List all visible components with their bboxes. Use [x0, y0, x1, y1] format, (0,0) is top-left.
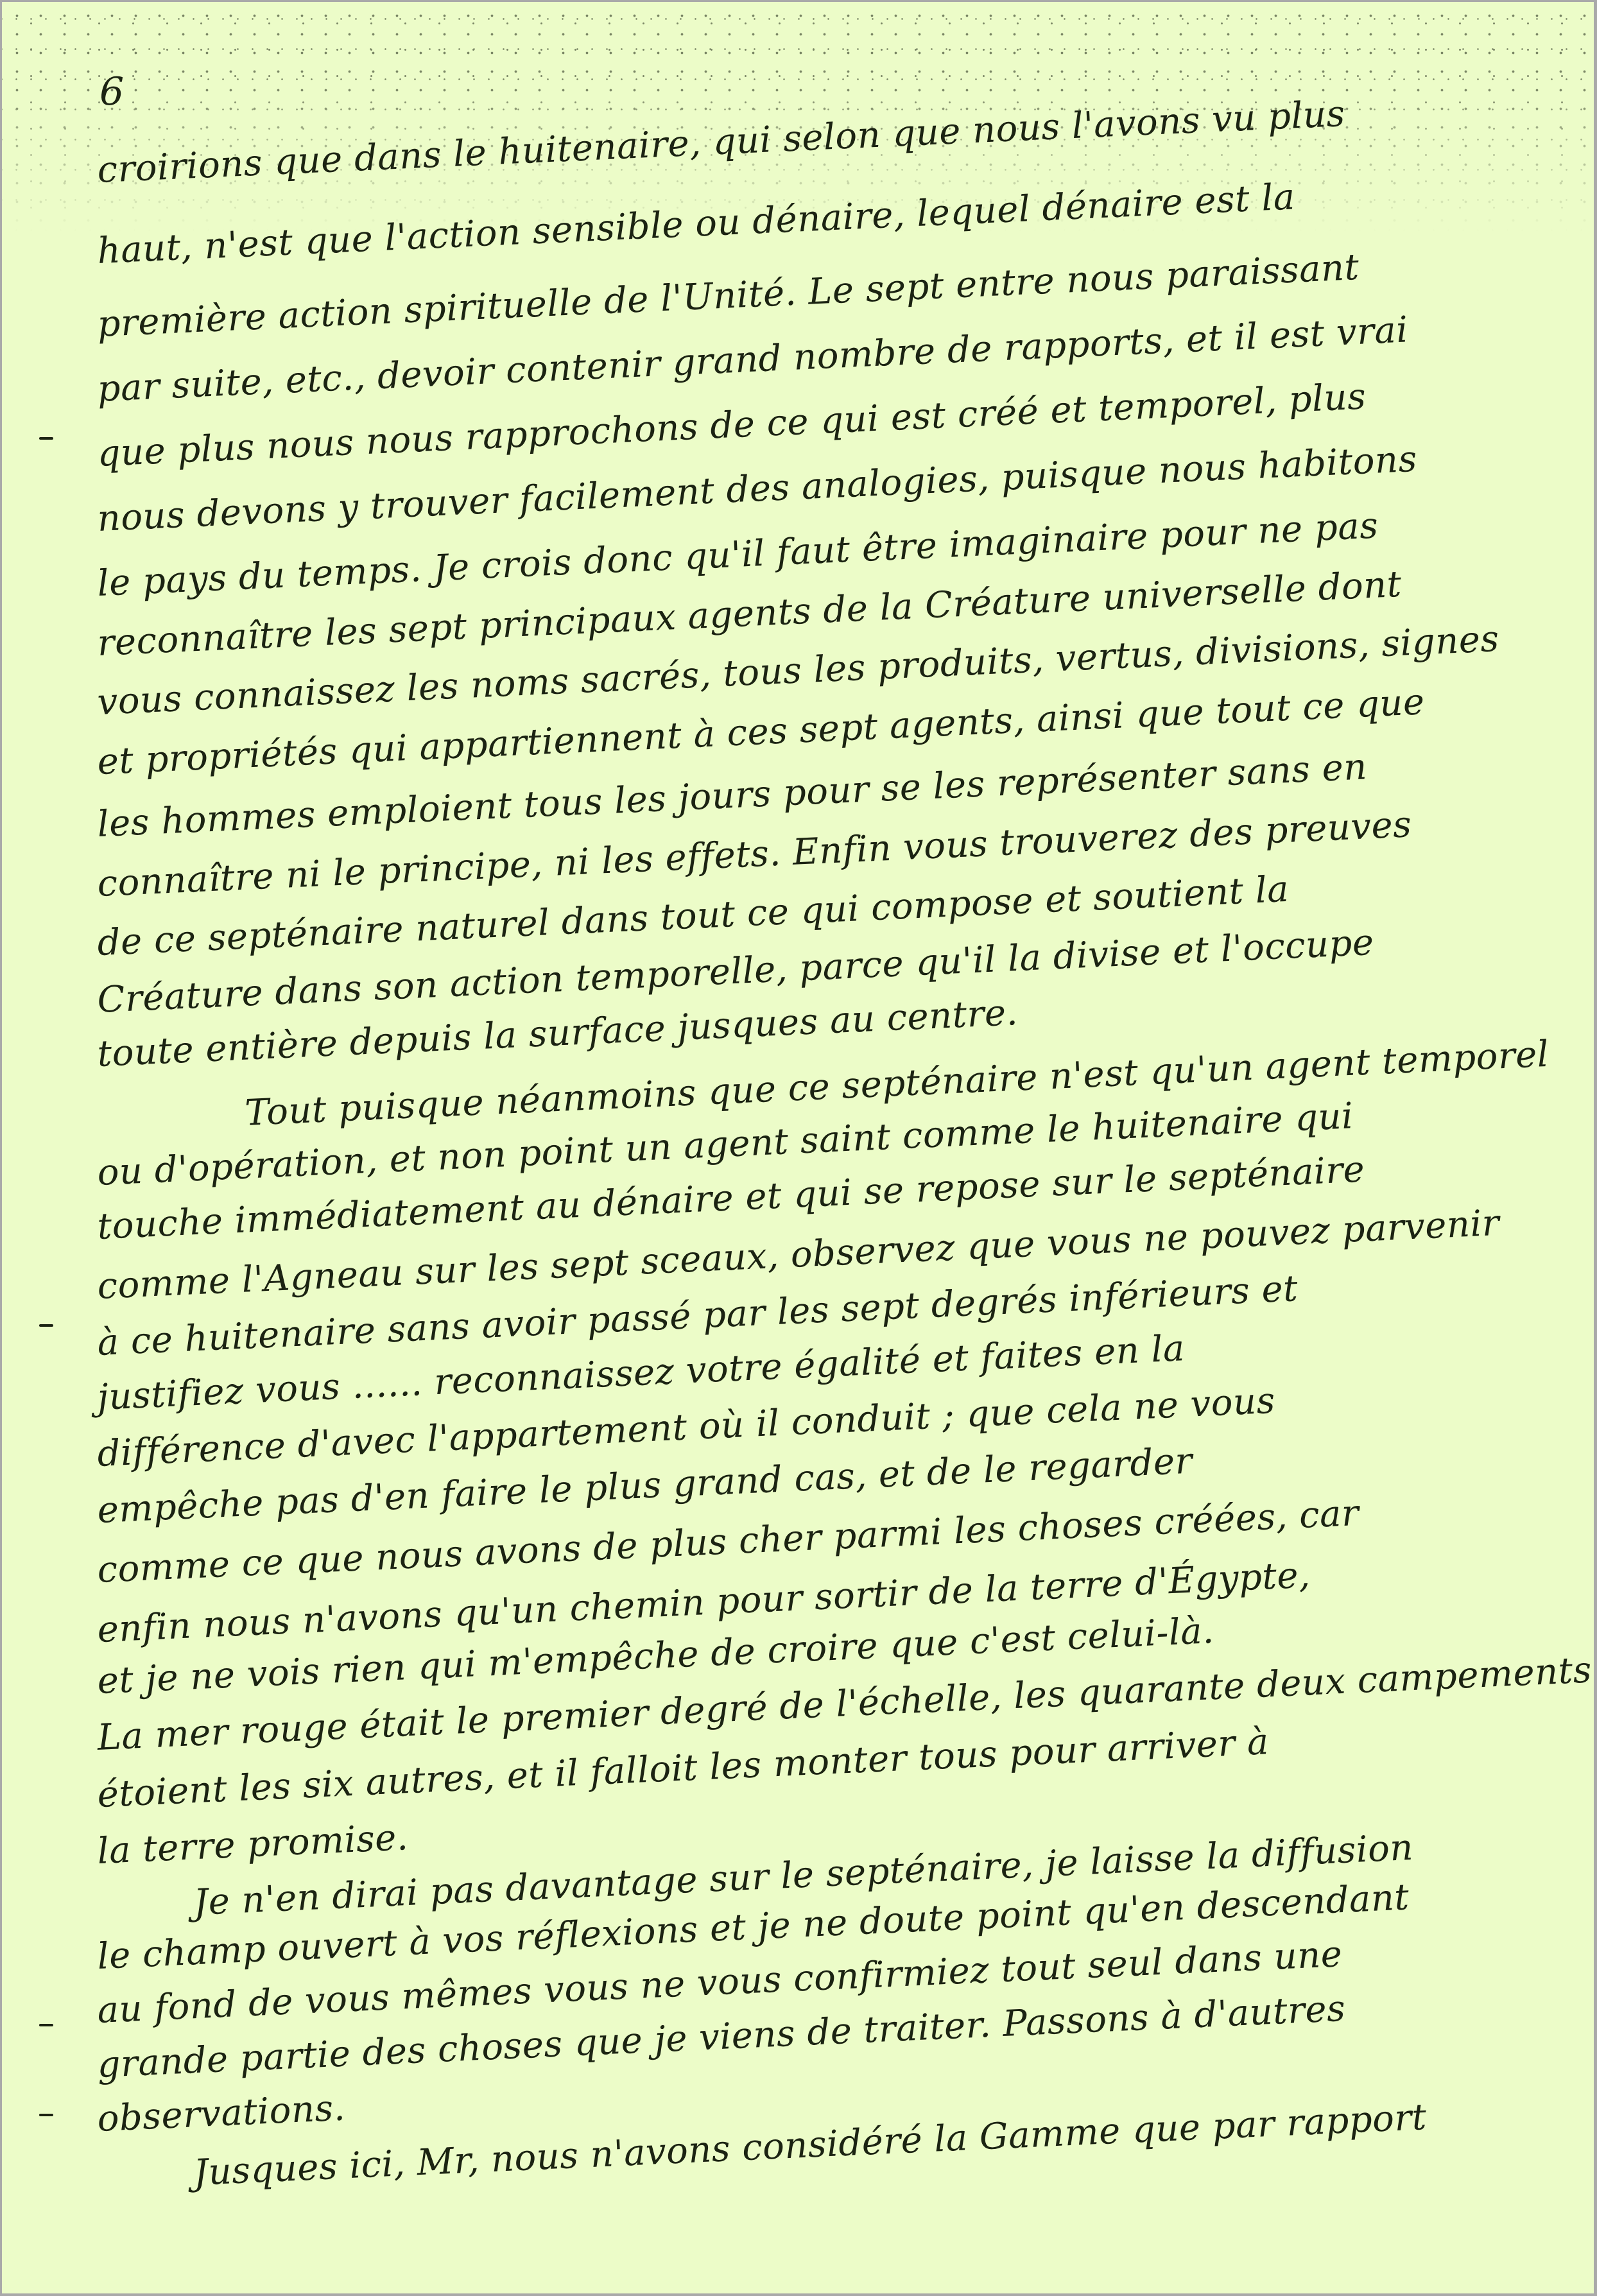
margin-mark — [39, 2114, 53, 2116]
manuscript-page: 6 croirions que dans le huitenaire, qui … — [2, 2, 1594, 2293]
manuscript-line: la terre promise. — [96, 1820, 409, 1870]
margin-mark — [39, 2024, 53, 2026]
page-number: 6 — [99, 69, 124, 114]
margin-mark — [39, 437, 53, 440]
margin-mark — [39, 1324, 53, 1327]
manuscript-line: Jusques ici, Mr, nous n'avons considéré … — [193, 2100, 1427, 2191]
manuscript-line: observations. — [96, 2091, 346, 2137]
